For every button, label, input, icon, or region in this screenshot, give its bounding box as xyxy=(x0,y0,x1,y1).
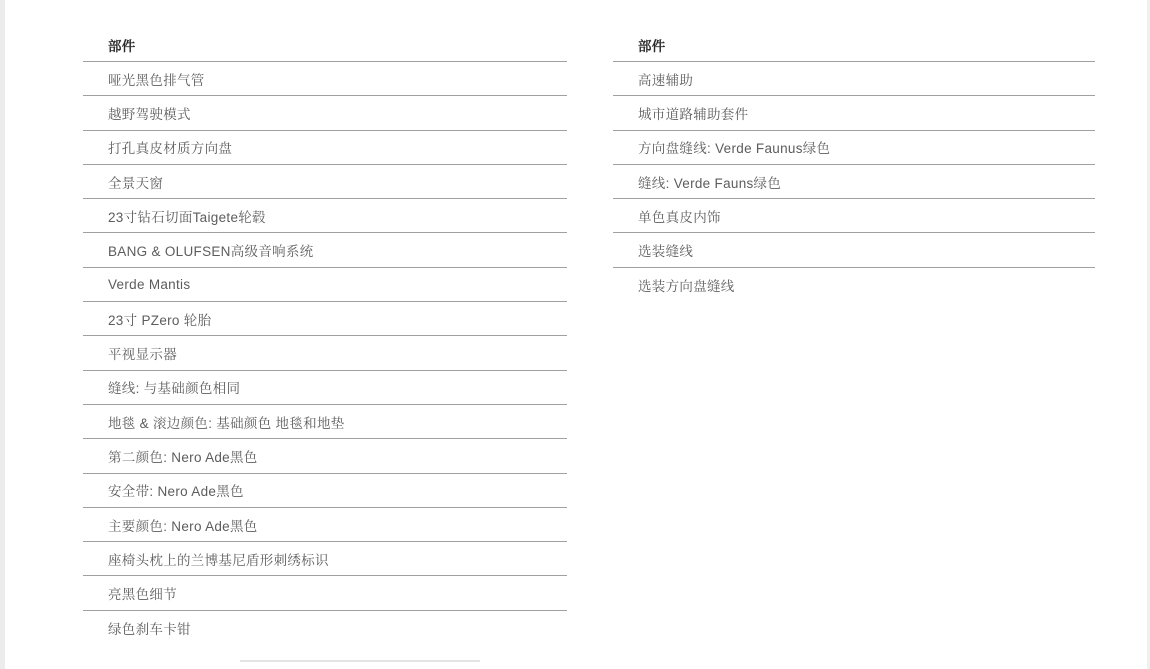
table-row-label: 缝线: Verde Fauns绿色 xyxy=(638,172,781,192)
table-row-label: 23寸 PZero 轮胎 xyxy=(108,309,211,329)
table-row-label: 地毯 & 滚边颜色: 基础颜色 地毯和地垫 xyxy=(108,412,345,432)
table-row: 地毯 & 滚边颜色: 基础颜色 地毯和地垫 xyxy=(83,405,567,439)
table-row-label: BANG & OLUFSEN高级音响系统 xyxy=(108,240,314,260)
table-row-label: 越野驾驶模式 xyxy=(108,103,191,123)
table-row: 越野驾驶模式 xyxy=(83,96,567,130)
table-row-label: 缝线: 与基础颜色相同 xyxy=(108,377,240,397)
table-row-label: 主要颜色: Nero Ade黑色 xyxy=(108,515,258,535)
table-row: 选装方向盘缝线 xyxy=(613,268,1095,302)
parts-table-left: 部件 哑光黑色排气管越野驾驶模式打孔真皮材质方向盘全景天窗23寸钻石切面Taig… xyxy=(83,28,567,645)
parts-table-left-header: 部件 xyxy=(83,28,567,62)
table-row: 亮黑色细节 xyxy=(83,576,567,610)
table-row: 方向盘缝线: Verde Faunus绿色 xyxy=(613,131,1095,165)
table-row: 平视显示器 xyxy=(83,336,567,370)
parts-table-right: 部件 高速辅助城市道路辅助套件方向盘缝线: Verde Faunus绿色缝线: … xyxy=(613,28,1095,302)
table-row: 23寸 PZero 轮胎 xyxy=(83,302,567,336)
table-row: 城市道路辅助套件 xyxy=(613,96,1095,130)
table-row: 座椅头枕上的兰博基尼盾形刺绣标识 xyxy=(83,542,567,576)
table-row-label: 亮黑色细节 xyxy=(108,583,177,603)
table-row: 高速辅助 xyxy=(613,62,1095,96)
table-row: 缝线: 与基础颜色相同 xyxy=(83,371,567,405)
table-row: Verde Mantis xyxy=(83,268,567,302)
table-row-label: 城市道路辅助套件 xyxy=(638,103,748,123)
table-row: 绿色刹车卡钳 xyxy=(83,611,567,645)
table-row: 单色真皮内饰 xyxy=(613,199,1095,233)
table-row-label: Verde Mantis xyxy=(108,277,190,292)
table-row-label: 座椅头枕上的兰博基尼盾形刺绣标识 xyxy=(108,549,329,569)
table-row-label: 选装方向盘缝线 xyxy=(638,275,735,295)
table-row: 哑光黑色排气管 xyxy=(83,62,567,96)
table-row: 23寸钻石切面Taigete轮毂 xyxy=(83,199,567,233)
table-row-label: 选装缝线 xyxy=(638,240,693,260)
table-row: 缝线: Verde Fauns绿色 xyxy=(613,165,1095,199)
table-row: 选装缝线 xyxy=(613,233,1095,267)
page-left-edge-shade xyxy=(0,0,5,669)
table-row: 全景天窗 xyxy=(83,165,567,199)
table-row: 第二颜色: Nero Ade黑色 xyxy=(83,439,567,473)
partial-divider-artifact xyxy=(240,660,480,662)
parts-table-left-body: 哑光黑色排气管越野驾驶模式打孔真皮材质方向盘全景天窗23寸钻石切面Taigete… xyxy=(83,62,567,645)
table-row-label: 哑光黑色排气管 xyxy=(108,69,205,89)
parts-table-right-header: 部件 xyxy=(613,28,1095,62)
table-row-label: 绿色刹车卡钳 xyxy=(108,618,191,638)
table-row-label: 打孔真皮材质方向盘 xyxy=(108,137,232,157)
table-row: 打孔真皮材质方向盘 xyxy=(83,131,567,165)
table-row-label: 高速辅助 xyxy=(638,69,693,89)
table-row: 主要颜色: Nero Ade黑色 xyxy=(83,508,567,542)
table-row-label: 单色真皮内饰 xyxy=(638,206,721,226)
table-row-label: 方向盘缝线: Verde Faunus绿色 xyxy=(638,137,830,157)
table-row: BANG & OLUFSEN高级音响系统 xyxy=(83,233,567,267)
table-row-label: 全景天窗 xyxy=(108,172,163,192)
table-row-label: 安全带: Nero Ade黑色 xyxy=(108,480,244,500)
table-row: 安全带: Nero Ade黑色 xyxy=(83,474,567,508)
table-row-label: 23寸钻石切面Taigete轮毂 xyxy=(108,206,266,226)
table-row-label: 平视显示器 xyxy=(108,343,177,363)
parts-table-right-body: 高速辅助城市道路辅助套件方向盘缝线: Verde Faunus绿色缝线: Ver… xyxy=(613,62,1095,302)
table-row-label: 第二颜色: Nero Ade黑色 xyxy=(108,446,258,466)
